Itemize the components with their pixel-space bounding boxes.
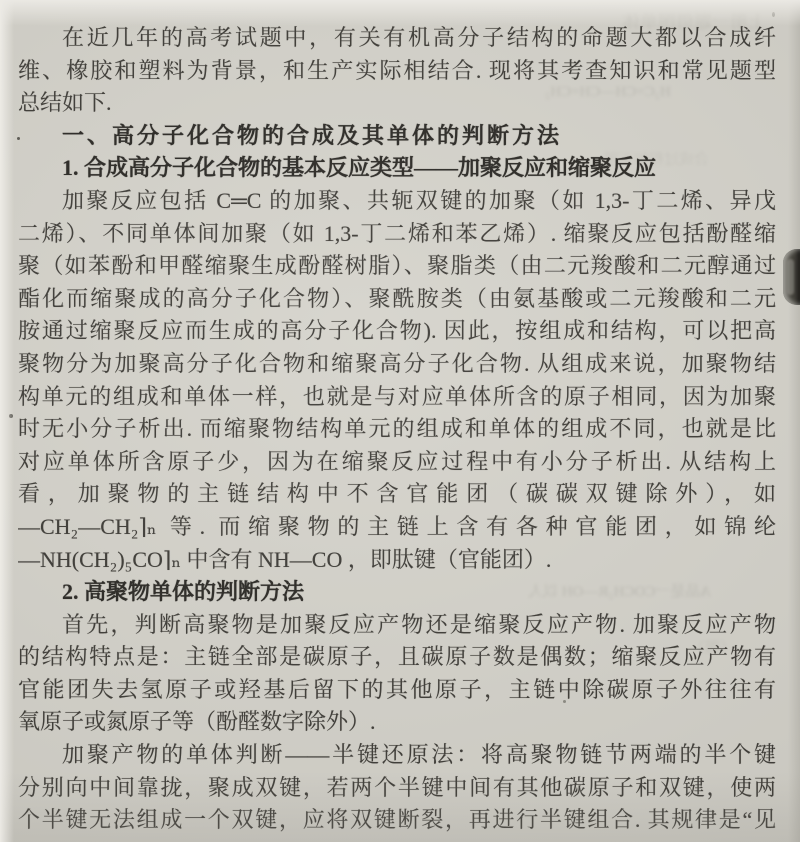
text-line: —CH₂—CH₂⌉ₙ 等. 而缩聚物的主链上含有各种官能团，如锦纶 [18, 511, 776, 544]
text-line: —NH(CH₂)₅CO⌉ₙ 中含有 NH—CO ，即肽键（官能团）. [18, 544, 776, 577]
text-line: 看，加聚物的主链结构中不含官能团（碳碳双键除外），如 [18, 478, 776, 511]
text-line: 氧原子或氮原子等（酚醛数字除外）. [18, 706, 776, 739]
text-line: 加聚反应包括 C═C 的加聚、共轭双键的加聚（如 1,3-丁二烯、异戊 [18, 185, 776, 218]
scan-speck [772, 12, 775, 17]
text-line: 加聚产物的单体判断——半键还原法：将高聚物链节两端的半个键 [18, 739, 776, 772]
text-line: 分别向中间靠拢，聚成双键，若两个半键中间有其他碳原子和双键，使两 [18, 772, 776, 805]
scanned-page: 在近几年的高考试题中，有关有机高分子结构的命题大都以合成纤维、橡胶和塑料为背景，… [0, 0, 800, 842]
document-body: 在近几年的高考试题中，有关有机高分子结构的命题大都以合成纤维、橡胶和塑料为背景，… [18, 22, 776, 837]
text-line: 首先，判断高聚物是加聚反应产物还是缩聚反应产物. 加聚反应产物 [18, 609, 776, 642]
text-line: 聚物分为加聚高分子化合物和缩聚高分子化合物. 从组成来说，加聚物结 [18, 348, 776, 381]
binding-tab [783, 249, 800, 305]
heading-line: 1. 合成高分子化合物的基本反应类型——加聚反应和缩聚反应 [18, 152, 776, 185]
text-line: 在近几年的高考试题中，有关有机高分子结构的命题大都以合成纤 [18, 22, 776, 55]
text-line: 胺通过缩聚反应而生成的高分子化合物). 因此，按组成和结构，可以把高 [18, 315, 776, 348]
binding-tab-highlight [787, 259, 794, 295]
text-line: 聚（如苯酚和甲醛缩聚生成酚醛树脂）、聚脂类（由二元羧酸和二元醇通过 [18, 250, 776, 283]
text-line: 总结如下. [18, 87, 776, 120]
text-line: 对应单体所含原子少，因为在缩聚反应过程中有小分子析出. 从结构上 [18, 446, 776, 479]
text-line: 酯化而缩聚成的高分子化合物）、聚酰胺类（由氨基酸或二元羧酸和二元 [18, 283, 776, 316]
text-line: 时无小分子析出. 而缩聚物结构单元的组成和单体的组成不同，也就是比 [18, 413, 776, 446]
text-line: 二烯）、不同单体间加聚（如 1,3-丁二烯和苯乙烯）. 缩聚反应包括酚醛缩 [18, 218, 776, 251]
heading-line: 一、高分子化合物的合成及其单体的判断方法 [18, 120, 776, 153]
text-line: 个半键无法组成一个双键，应将双键断裂，再进行半键组合. 其规律是“见 [18, 804, 776, 837]
text-line: 构单元的组成和单体一样，也就是与对应单体所含的原子相同，因为加聚 [18, 381, 776, 414]
text-line: 官能团失去氢原子或羟基后留下的其他原子，主链中除碳原子外往往有 [18, 674, 776, 707]
scan-speck [17, 137, 20, 140]
heading-line: 2. 高聚物单体的判断方法 [18, 576, 776, 609]
text-line: 维、橡胶和塑料为背景，和生产实际相结合. 现将其考查知识和常见题型 [18, 55, 776, 88]
text-line: 的结构特点是：主链全部是碳原子，且碳原子数是偶数；缩聚反应产物有 [18, 641, 776, 674]
scan-speck [563, 700, 566, 703]
scan-speck [9, 414, 13, 418]
